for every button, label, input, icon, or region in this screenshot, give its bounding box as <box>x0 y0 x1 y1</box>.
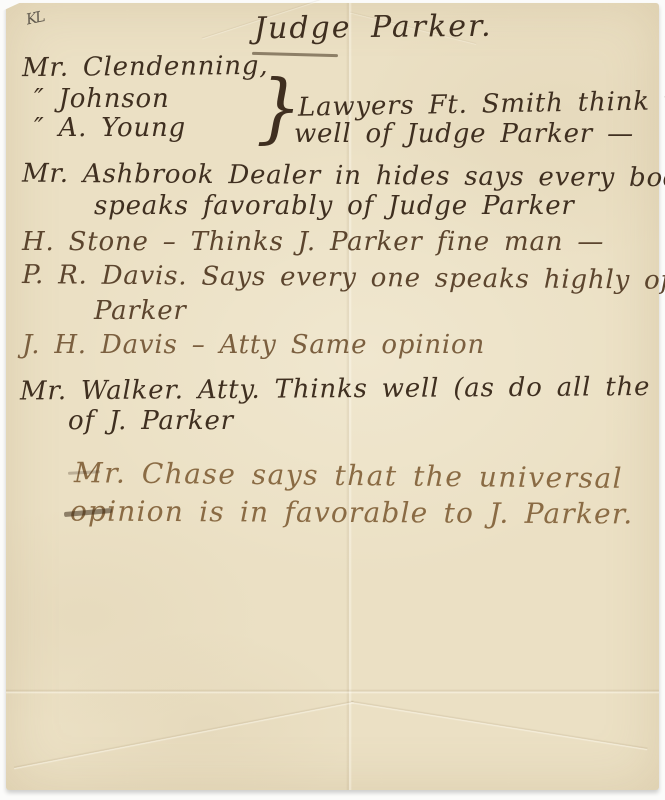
entry-chase-line-2: opinion is in favorable to J. Parker. <box>70 497 634 531</box>
entry-walker-line-1: Mr. Walker. Atty. Thinks well (as do all… <box>20 373 665 406</box>
paper-sheet: KL Judge Parker. Mr. Clendenning, ″ John… <box>6 3 659 790</box>
lawyer-name-young: ″ A. Young <box>34 114 186 143</box>
lawyer-name-johnson: ″ Johnson <box>34 85 169 114</box>
entry-ashbrook-line-1: Mr. Ashbrook Dealer in hides says every … <box>22 160 665 193</box>
paper-corner-cut <box>2 0 28 11</box>
lawyers-note-line-1: Lawyers Ft. Smith think very <box>298 86 665 122</box>
entry-ashbrook-line-2: speaks favorably of Judge Parker <box>94 192 575 221</box>
crease-line-diagonal-left <box>14 700 354 770</box>
lawyer-name-clendenning: Mr. Clendenning, <box>22 52 269 83</box>
scanned-document-page: KL Judge Parker. Mr. Clendenning, ″ John… <box>0 0 665 800</box>
corner-pencil-mark: KL <box>24 7 45 28</box>
entry-stone-line: H. Stone – Thinks J. Parker fine man — <box>22 228 604 257</box>
crease-line-horizontal <box>6 689 659 694</box>
crease-line-diagonal-right <box>351 700 648 751</box>
entry-prdavis-line-2: Parker <box>94 297 187 326</box>
lawyers-note-line-2: well of Judge Parker — <box>294 120 634 149</box>
page-title: Judge Parker. <box>254 10 493 45</box>
entry-jhdavis-line: J. H. Davis – Atty Same opinion <box>22 331 485 360</box>
entry-prdavis-line-1: P. R. Davis. Says every one speaks highl… <box>22 261 665 296</box>
entry-walker-line-2: of J. Parker <box>68 407 234 436</box>
entry-chase-line-1: Mr. Chase says that the universal <box>74 458 623 495</box>
